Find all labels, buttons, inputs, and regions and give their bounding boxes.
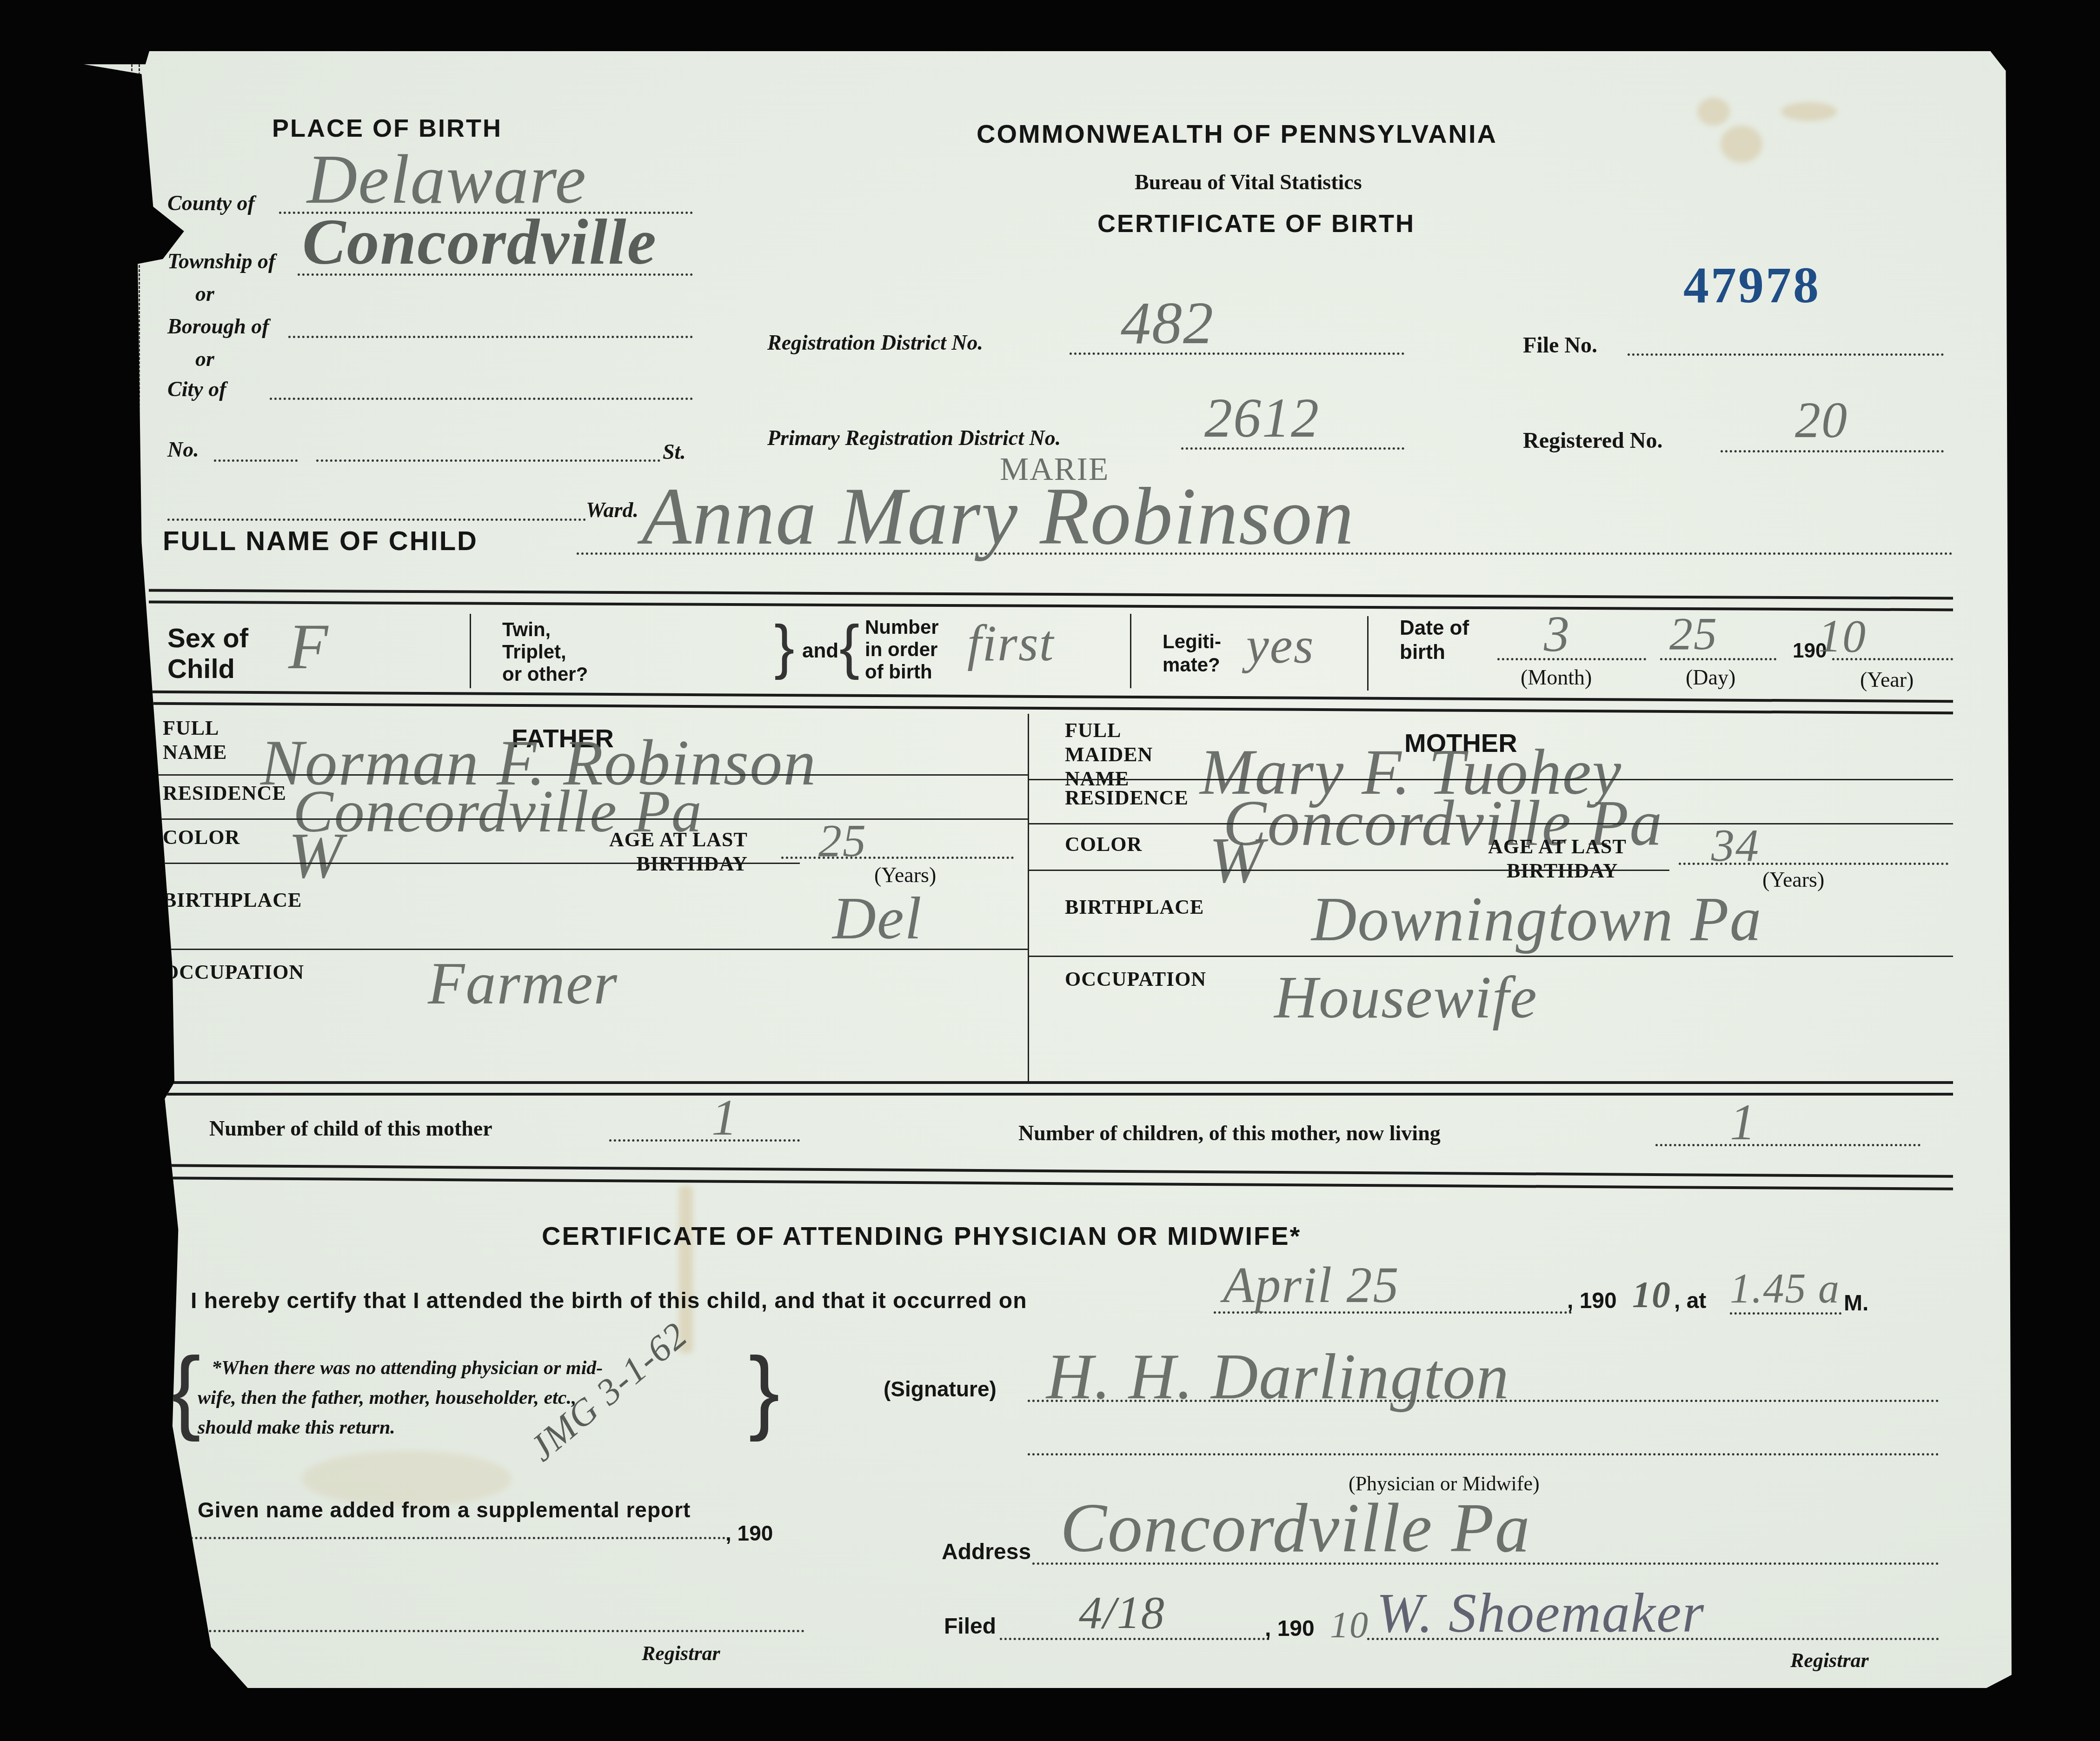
supplemental-registrar-caption: Registrar — [642, 1641, 720, 1665]
number-of-child-value: 1 — [711, 1088, 738, 1147]
mother-color-label: COLOR — [1065, 832, 1142, 857]
borough-line — [288, 336, 693, 338]
mother-occupation-value: Housewife — [1274, 963, 1538, 1032]
twin-label: Twin, Triplet, or other? — [502, 618, 588, 685]
child-full-name-label: FULL NAME OF CHILD — [163, 525, 478, 557]
number-of-child-line — [609, 1139, 800, 1142]
father-birthplace-value: Del — [832, 884, 923, 953]
birth-year-prefix: , 190 — [1567, 1288, 1617, 1314]
borough-label: Borough of — [167, 314, 269, 339]
month-caption: (Month) — [1521, 665, 1592, 690]
registration-district-line — [1070, 352, 1404, 355]
father-occupation-value: Farmer — [428, 949, 618, 1018]
birth-time-value: 1.45 a — [1730, 1265, 1840, 1313]
county-label: County of — [167, 191, 255, 215]
bureau-title: Bureau of Vital Statistics — [1135, 170, 1362, 194]
mother-age-label: AGE AT LAST BIRTHDAY — [1488, 835, 1627, 883]
ward-label: Ward. — [586, 498, 638, 522]
place-of-birth-heading: PLACE OF BIRTH — [272, 114, 502, 143]
stain — [679, 1186, 693, 1353]
certificate-paper: S. PLACE OF BIRTH County of Delaware Tow… — [84, 51, 2014, 1688]
section-rule — [149, 1093, 1953, 1096]
birth-date-value: April 25 — [1223, 1256, 1400, 1315]
mother-occupation-label: OCCUPATION — [1065, 967, 1206, 991]
ward-line — [167, 518, 586, 521]
brace-right-icon: } — [749, 1344, 780, 1437]
margin-line — [139, 64, 140, 1682]
father-color-label: COLOR — [163, 825, 240, 850]
sex-value: F — [288, 609, 329, 684]
address-label: Address — [942, 1539, 1031, 1565]
physician-address-value: Concordville Pa — [1060, 1488, 1531, 1568]
father-age-value: 25 — [818, 814, 867, 867]
stain — [1697, 98, 1730, 126]
father-full-name-label: FULL NAME — [163, 716, 227, 764]
file-no-line — [1628, 353, 1944, 356]
father-residence-label: RESIDENCE — [163, 781, 286, 805]
registration-district-label: Registration District No. — [767, 330, 983, 355]
column-divider — [1130, 614, 1131, 688]
commonwealth-title: COMMONWEALTH OF PENNSYLVANIA — [977, 119, 1497, 149]
children-living-value: 1 — [1730, 1093, 1756, 1152]
mother-color-value: W — [1209, 823, 1264, 898]
dob-month-line — [1497, 658, 1646, 660]
number-of-child-label: Number of child of this mother — [209, 1116, 492, 1141]
primary-district-label: Primary Registration District No. — [767, 425, 1061, 450]
at-label: , at — [1674, 1288, 1706, 1314]
column-divider — [1367, 616, 1369, 691]
supplemental-label: Given name added from a supplemental rep… — [198, 1497, 691, 1522]
supplemental-date-line — [153, 1537, 725, 1539]
dob-year-value: 10 — [1818, 609, 1867, 663]
mother-age-value: 34 — [1711, 818, 1760, 872]
certificate-stamp-number: 47978 — [1683, 256, 1821, 315]
section-rule — [149, 1176, 1953, 1190]
signature-label: (Signature) — [884, 1376, 997, 1402]
row-rule — [1028, 779, 1953, 780]
street-no-label: No. — [167, 437, 199, 462]
edge-fragment: S. — [86, 114, 105, 141]
meridiem-label: M. — [1844, 1290, 1868, 1316]
street-suffix-label: St. — [663, 439, 686, 464]
registered-no-value: 20 — [1795, 391, 1848, 450]
father-birthplace-label: BIRTHPLACE — [163, 888, 302, 912]
row-rule — [149, 774, 1028, 776]
township-value: Concordville — [302, 205, 657, 279]
row-rule — [149, 863, 800, 864]
children-living-line — [1655, 1144, 1921, 1146]
row-rule — [149, 818, 1028, 820]
section-rule — [149, 589, 1953, 600]
physician-signature-value: H. H. Darlington — [1046, 1339, 1509, 1414]
brace-right-icon: } — [774, 611, 794, 681]
section-rule — [149, 702, 1953, 714]
brace-left-icon: { — [839, 611, 859, 681]
dob-month-value: 3 — [1544, 605, 1570, 664]
birth-order-value: first — [967, 614, 1054, 673]
physician-certificate-heading: CERTIFICATE OF ATTENDING PHYSICIAN OR MI… — [542, 1221, 1301, 1251]
father-occupation-label: OCCUPATION — [163, 960, 304, 984]
parents-divider — [1028, 714, 1029, 1081]
child-full-name-value: Anna Mary Robinson — [642, 470, 1355, 563]
township-label: Township of — [167, 249, 275, 273]
registrar-caption: Registrar — [1790, 1648, 1869, 1672]
row-rule — [1028, 823, 1953, 824]
supplemental-year-prefix: , 190 — [725, 1521, 773, 1546]
dob-year-line — [1832, 658, 1953, 660]
section-rule — [149, 691, 1953, 703]
date-of-birth-label: Date of birth — [1400, 616, 1469, 665]
brace-left-icon: { — [170, 1344, 201, 1437]
father-age-line — [781, 857, 1014, 859]
filed-year-prefix: , 190 — [1265, 1616, 1315, 1641]
row-rule — [1028, 870, 1669, 871]
children-living-label: Number of children, of this mother, now … — [1018, 1121, 1441, 1145]
legitimate-value: yes — [1246, 616, 1314, 675]
mother-years-caption: (Years) — [1762, 867, 1824, 892]
mother-residence-label: RESIDENCE — [1065, 786, 1189, 810]
city-label: City of — [167, 377, 226, 401]
day-caption: (Day) — [1686, 665, 1735, 690]
file-no-label: File No. — [1523, 332, 1597, 358]
mother-birthplace-label: BIRTHPLACE — [1065, 895, 1204, 919]
or-label: or — [195, 281, 214, 306]
and-label: and — [802, 639, 838, 663]
registrar-signature-value: W. Shoemaker — [1376, 1581, 1705, 1645]
birth-year-value: 10 — [1632, 1274, 1671, 1316]
street-no-line — [214, 459, 298, 462]
certificate-title: CERTIFICATE OF BIRTH — [1097, 209, 1415, 238]
section-rule — [149, 1164, 1953, 1178]
registration-district-value: 482 — [1121, 288, 1214, 358]
city-line — [270, 398, 693, 400]
sex-label: Sex of Child — [167, 623, 248, 684]
filed-year-value: 10 — [1330, 1604, 1369, 1647]
section-rule — [149, 1081, 1953, 1084]
supplemental-registrar-line — [153, 1630, 804, 1632]
stain — [1781, 102, 1837, 121]
legitimate-label: Legiti- mate? — [1163, 630, 1221, 677]
margin-line — [131, 64, 133, 1682]
filed-label: Filed — [944, 1614, 996, 1639]
column-divider — [470, 614, 471, 688]
row-rule — [1028, 956, 1953, 957]
mother-birthplace-value: Downingtown Pa — [1311, 884, 1762, 956]
child-name-correction: MARIE — [1000, 451, 1110, 488]
street-line — [316, 459, 660, 462]
father-color-value: W — [288, 818, 344, 893]
registered-no-label: Registered No. — [1523, 428, 1662, 453]
father-age-label: AGE AT LAST BIRTHDAY — [609, 828, 748, 876]
filed-date-value: 4/18 — [1079, 1586, 1165, 1639]
primary-district-value: 2612 — [1204, 386, 1320, 450]
dob-day-value: 25 — [1669, 607, 1718, 660]
or-label: or — [195, 346, 214, 371]
physician-title-line — [1028, 1453, 1939, 1455]
certify-text: I hereby certify that I attended the bir… — [191, 1288, 1027, 1314]
year-caption: (Year) — [1860, 667, 1914, 692]
registered-no-line — [1721, 450, 1944, 452]
stain — [1721, 126, 1762, 163]
birth-order-label: Number in order of birth — [865, 616, 939, 683]
